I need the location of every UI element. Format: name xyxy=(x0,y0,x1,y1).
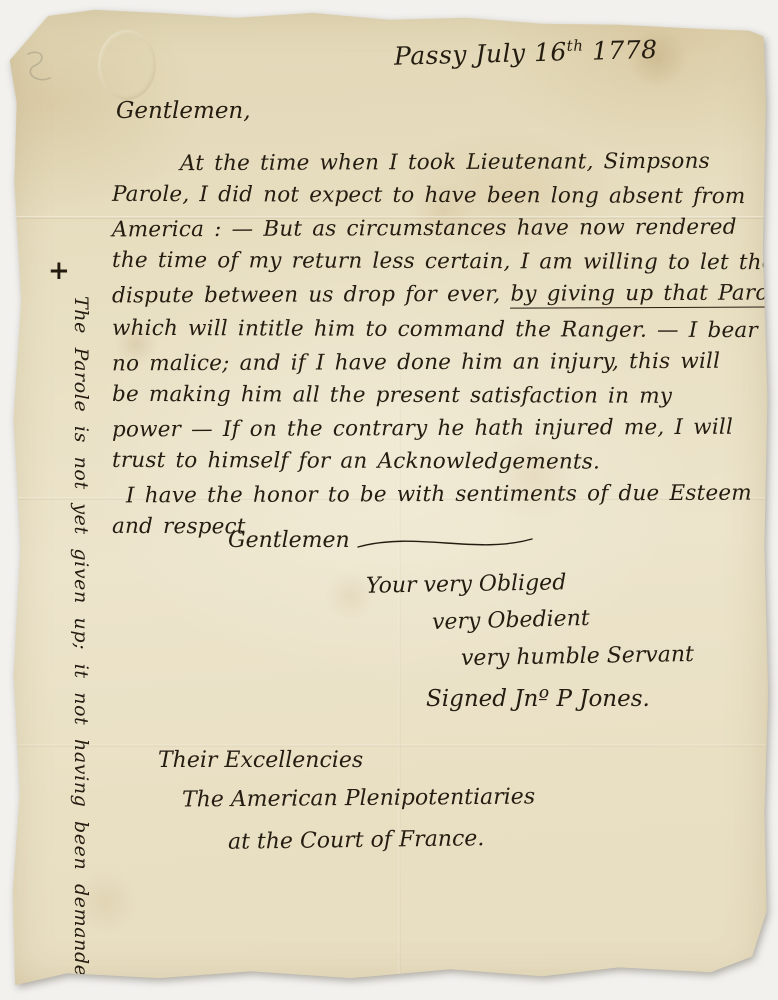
underlined-phrase: by giving up that Parole xyxy=(510,280,778,308)
margin-note-cross-marker: + xyxy=(48,256,70,286)
address-line: The American Plenipotentiaries xyxy=(182,784,535,812)
closing-obliged: Your very Obliged xyxy=(366,570,567,598)
body-line: no malice; and if I have done him an inj… xyxy=(112,345,764,381)
closing-obedient: very Obedient xyxy=(432,606,590,635)
margin-note: The Parole is not yet given up; it not h… xyxy=(70,296,92,994)
body-line: America : — But as circumstances have no… xyxy=(112,211,764,247)
letter-body: At the time when I took Lieutenant, Simp… xyxy=(112,146,764,544)
body-line: dispute between us drop for ever, by giv… xyxy=(112,277,764,315)
pen-flourish xyxy=(356,529,536,553)
address-line: at the Court of France. xyxy=(228,826,485,855)
closing-gentlemen-text: Gentlemen xyxy=(228,528,350,553)
body-line: which will intitle him to command the Ra… xyxy=(112,312,764,347)
body-line: I have the honor to be with sentiments o… xyxy=(112,477,764,513)
pencil-mark xyxy=(22,46,58,90)
body-line: At the time when I took Lieutenant, Simp… xyxy=(112,145,764,181)
letter-paper: Passy July 16th 1778 Gentlemen, At the t… xyxy=(6,4,772,990)
embossed-stamp xyxy=(98,30,156,100)
dateline-year: 1778 xyxy=(583,35,658,66)
body-line: power — If on the contrary he hath injur… xyxy=(112,411,764,447)
body-line: Parole, I did not expect to have been lo… xyxy=(112,178,764,213)
body-line-text: dispute between us drop for ever, xyxy=(112,282,511,309)
body-line: be making him all the present satisfacti… xyxy=(112,378,764,413)
body-line: trust to himself for an Acknowledgements… xyxy=(112,444,764,479)
body-line: the time of my return less certain, I am… xyxy=(112,244,764,279)
dateline-text: Passy July 16 xyxy=(394,37,568,71)
dateline: Passy July 16th 1778 xyxy=(394,35,658,71)
closing-servant: very humble Servant xyxy=(461,642,694,671)
fold-crease-horizontal xyxy=(6,744,772,747)
dateline-superscript: th xyxy=(566,36,583,54)
scan-background: Passy July 16th 1778 Gentlemen, At the t… xyxy=(0,0,778,1000)
closing-gentlemen: Gentlemen xyxy=(228,528,536,553)
address-line: Their Excellencies xyxy=(158,748,363,773)
salutation: Gentlemen, xyxy=(116,98,251,124)
paper-shadow-wrap: Passy July 16th 1778 Gentlemen, At the t… xyxy=(0,0,778,1000)
signature: Signed Jnº P Jones. xyxy=(426,686,650,712)
